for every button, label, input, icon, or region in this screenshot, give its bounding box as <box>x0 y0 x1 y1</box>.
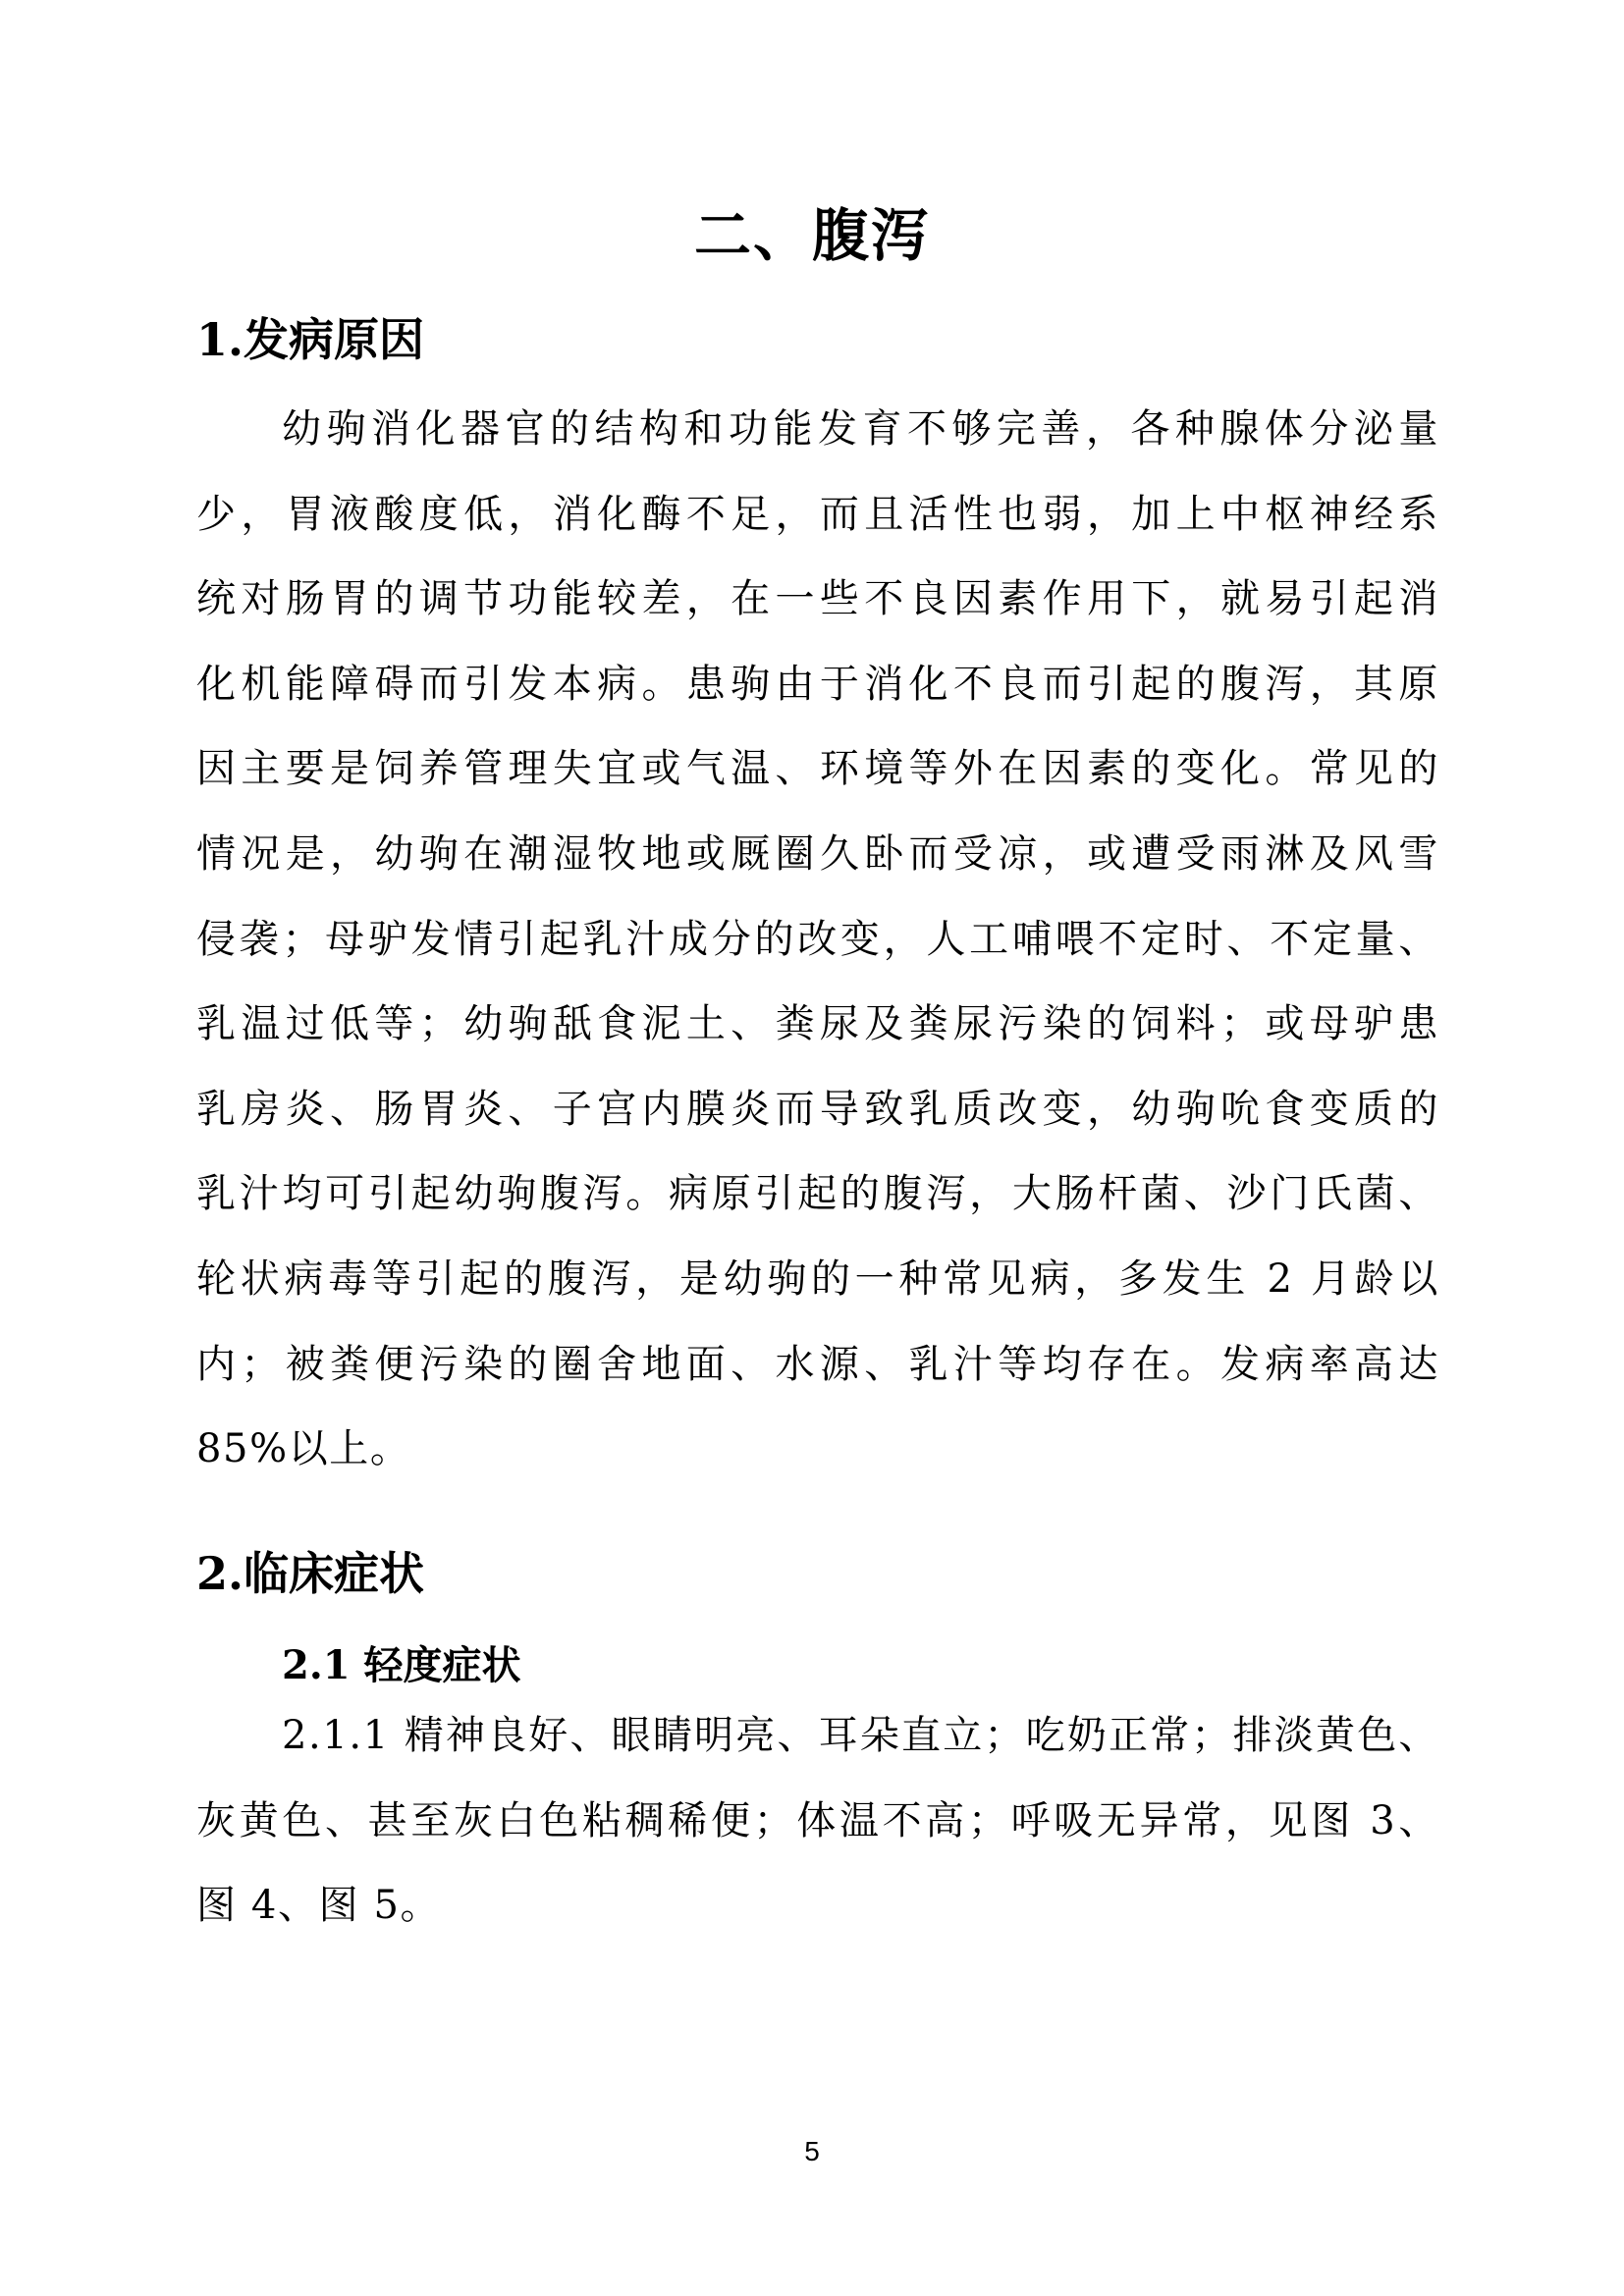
paragraph-line: 少，胃液酸度低，消化酶不足，而且活性也弱，加上中枢神经系 <box>196 472 1439 558</box>
paragraph-line: 85%以上。 <box>196 1407 1439 1492</box>
paragraph-line: 统对肠胃的调节功能较差，在一些不良因素作用下，就易引起消 <box>196 557 1439 642</box>
section-heading-causes: 1.发病原因 <box>196 312 424 367</box>
page-number: 5 <box>0 2136 1624 2167</box>
paragraph-line: 2.1.1 精神良好、眼睛明亮、耳朵直立；吃奶正常；排淡黄色、 <box>196 1693 1439 1779</box>
subsection-heading-mild: 2.1 轻度症状 <box>282 1641 521 1690</box>
paragraph-line: 化机能障碍而引发本病。患驹由于消化不良而引起的腹泻，其原 <box>196 642 1439 727</box>
chapter-title: 二、腹泻 <box>0 201 1624 270</box>
paragraph-line: 图 4、图 5。 <box>196 1863 1439 1949</box>
paragraph-line: 轮状病毒等引起的腹泻，是幼驹的一种常见病，多发生 2 月龄以 <box>196 1237 1439 1322</box>
paragraph-line: 因主要是饲养管理失宜或气温、环境等外在因素的变化。常见的 <box>196 726 1439 812</box>
paragraph-line: 乳房炎、肠胃炎、子宫内膜炎而导致乳质改变，幼驹吮食变质的 <box>196 1067 1439 1152</box>
paragraph-mild-symptoms: 2.1.1 精神良好、眼睛明亮、耳朵直立；吃奶正常；排淡黄色、 灰黄色、甚至灰白… <box>196 1693 1439 1949</box>
document-page: 二、腹泻 1.发病原因 幼驹消化器官的结构和功能发育不够完善，各种腺体分泌量 少… <box>0 0 1624 2296</box>
paragraph-line: 灰黄色、甚至灰白色粘稠稀便；体温不高；呼吸无异常，见图 3、 <box>196 1779 1439 1864</box>
paragraph-line: 幼驹消化器官的结构和功能发育不够完善，各种腺体分泌量 <box>196 387 1439 472</box>
paragraph-line: 乳温过低等；幼驹舐食泥土、粪尿及粪尿污染的饲料；或母驴患 <box>196 982 1439 1067</box>
paragraph-line: 内；被粪便污染的圈舍地面、水源、乳汁等均存在。发病率高达 <box>196 1322 1439 1408</box>
paragraph-line: 情况是，幼驹在潮湿牧地或厩圈久卧而受凉，或遭受雨淋及风雪 <box>196 812 1439 897</box>
section-heading-symptoms: 2.临床症状 <box>196 1546 424 1601</box>
paragraph-line: 侵袭；母驴发情引起乳汁成分的改变，人工哺喂不定时、不定量、 <box>196 897 1439 983</box>
paragraph-causes: 幼驹消化器官的结构和功能发育不够完善，各种腺体分泌量 少，胃液酸度低，消化酶不足… <box>196 387 1439 1492</box>
paragraph-line: 乳汁均可引起幼驹腹泻。病原引起的腹泻，大肠杆菌、沙门氏菌、 <box>196 1151 1439 1237</box>
